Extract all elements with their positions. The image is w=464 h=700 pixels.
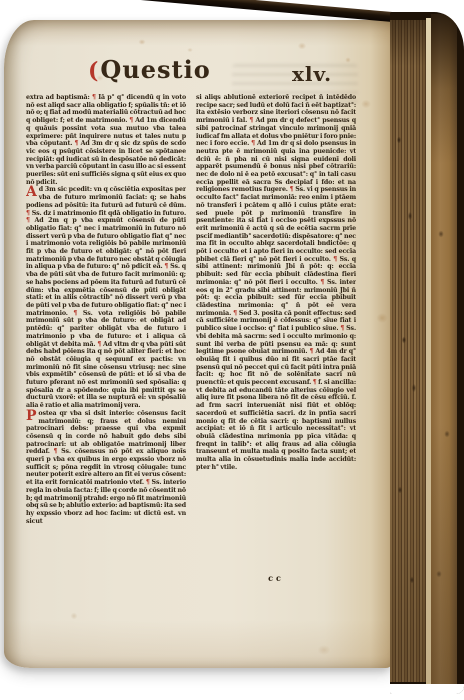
rubric-pilcrow: ¶: [164, 263, 168, 270]
rubric-pilcrow: ¶: [313, 379, 317, 386]
rubric-pilcrow: ¶: [26, 217, 30, 224]
text-paragraph: extra ad baptismā: ¶ Iā p° q° dicendū q …: [26, 94, 186, 186]
rubric-pilcrow: ¶: [92, 94, 96, 101]
rubric-pilcrow: ¶: [340, 325, 344, 332]
book-page: (Questio xlv. extra ad baptismā: ¶ Iā p°…: [4, 20, 394, 668]
signature-mark: cc: [196, 573, 356, 583]
book-fore-edge: [390, 12, 464, 694]
rubric-pilcrow: ¶: [129, 117, 133, 124]
rubricated-initial: P: [26, 410, 36, 423]
rubric-pilcrow: ¶: [73, 310, 77, 317]
rubric-pilcrow: ¶: [146, 479, 150, 486]
rubric-pilcrow: ¶: [320, 279, 324, 286]
rubric-pilcrow: ¶: [97, 341, 101, 348]
running-title: (Questio: [88, 56, 211, 86]
rubric-pilcrow: ¶: [290, 186, 294, 193]
rubricated-initial: A: [26, 186, 37, 199]
text-column-left: extra ad baptismā: ¶ Iā p° q° dicendū q …: [26, 94, 186, 587]
text-column-right: si aliqs ablutionē exteriorē recipet ñ i…: [196, 94, 356, 571]
text-paragraph: si aliqs ablutionē exteriorē recipet ñ i…: [196, 94, 356, 471]
rubric-pilcrow: ¶: [249, 117, 253, 124]
rubric-pilcrow: ¶: [233, 310, 237, 317]
running-title-text: Questio: [100, 55, 210, 84]
rubric-mark: (: [88, 58, 99, 84]
rubric-pilcrow: ¶: [75, 140, 79, 147]
rubric-pilcrow: ¶: [251, 140, 255, 147]
folio-number: xlv.: [292, 62, 332, 86]
rubric-pilcrow: ¶: [309, 348, 313, 355]
rubric-pilcrow: ¶: [54, 448, 58, 455]
rubric-pilcrow: ¶: [26, 210, 30, 217]
page-block-edges: [390, 20, 426, 682]
rubric-pilcrow: ¶: [333, 256, 337, 263]
text-paragraph: Ad 3m sic pcedit: vn q cōsciētia exposit…: [26, 186, 186, 409]
background-below-book: [390, 684, 464, 694]
cover-edge: [431, 14, 457, 694]
text-paragraph: Postea qr vba si dsit interio: cōsensus …: [26, 410, 186, 526]
